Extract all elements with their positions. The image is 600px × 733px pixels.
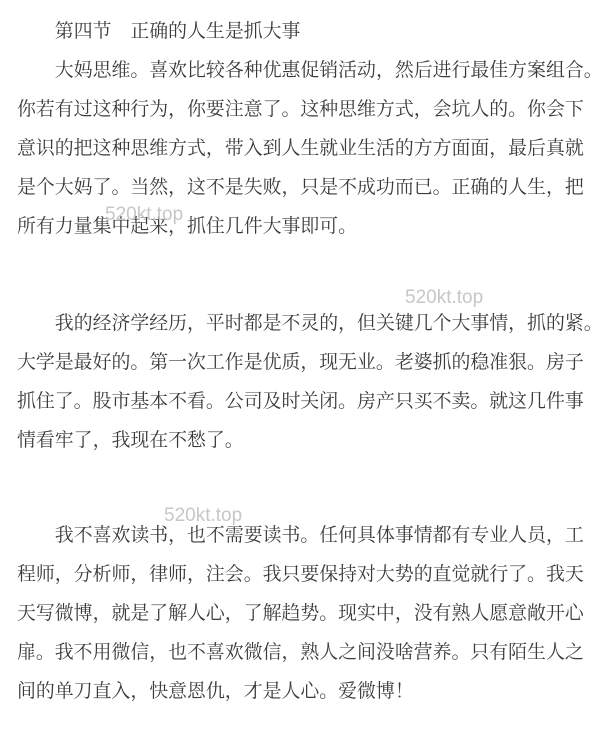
text-line: 情看牢了，我现在不愁了。 <box>17 421 583 460</box>
paragraph-1: 大妈思维。喜欢比较各种优惠促销活动，然后进行最佳方案组合。你若有过这种行为，你要… <box>17 51 583 246</box>
text-line: 间的单刀直入，快意恩仇，才是人心。爱微博！ <box>17 672 583 711</box>
document-page: 第四节 正确的人生是抓大事 大妈思维。喜欢比较各种优惠促销活动，然后进行最佳方案… <box>0 0 600 733</box>
text-line: 你若有过这种行为，你要注意了。这种思维方式，会坑人的。你会下 <box>17 90 583 129</box>
paragraph-2: 我的经济学经历，平时都是不灵的，但关键几个大事情，抓的紧。大学是最好的。第一次工… <box>17 304 583 460</box>
text-line: 大妈思维。喜欢比较各种优惠促销活动，然后进行最佳方案组合。 <box>17 51 583 90</box>
text-line: 所有力量集中起来，抓住几件大事即可。 <box>17 207 583 246</box>
text-line: 扉。我不用微信，也不喜欢微信，熟人之间没啥营养。只有陌生人之 <box>17 633 583 672</box>
text-line: 我的经济学经历，平时都是不灵的，但关键几个大事情，抓的紧。 <box>17 304 583 343</box>
text-line: 程师，分析师，律师，注会。我只要保持对大势的直觉就行了。我天 <box>17 555 583 594</box>
text-line: 大学是最好的。第一次工作是优质，现无业。老婆抓的稳准狠。房子 <box>17 343 583 382</box>
text-line: 意识的把这种思维方式，带入到人生就业生活的方方面面，最后真就 <box>17 129 583 168</box>
text-line: 是个大妈了。当然，这不是失败，只是不成功而已。正确的人生，把 <box>17 168 583 207</box>
text-line: 抓住了。股市基本不看。公司及时关闭。房产只买不卖。就这几件事 <box>17 382 583 421</box>
section-heading: 第四节 正确的人生是抓大事 <box>17 12 583 51</box>
text-line: 天写微博，就是了解人心，了解趋势。现实中，没有熟人愿意敞开心 <box>17 594 583 633</box>
text-line: 我不喜欢读书，也不需要读书。任何具体事情都有专业人员，工 <box>17 516 583 555</box>
paragraph-3: 我不喜欢读书，也不需要读书。任何具体事情都有专业人员，工程师，分析师，律师，注会… <box>17 516 583 711</box>
